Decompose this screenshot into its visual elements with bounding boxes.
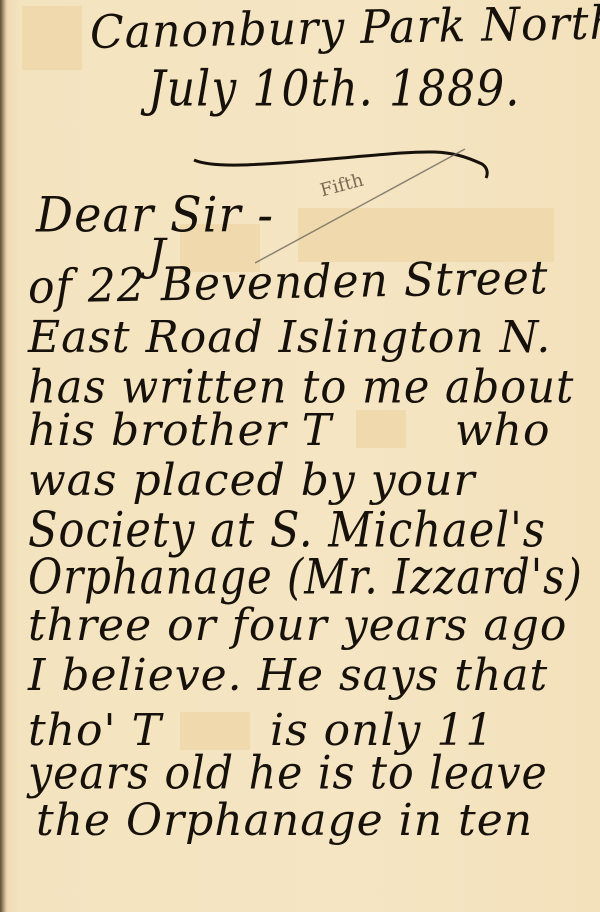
header-left-redaction: [22, 6, 82, 70]
body-line-1: of 22 Bevenden Street: [28, 251, 549, 314]
body-line-8: three or four years ago: [28, 600, 567, 651]
brother-name-redaction-1: [356, 410, 406, 448]
body-line-4: his brother T: [28, 405, 332, 456]
body-line-2: East Road Islington N.: [28, 312, 551, 363]
body-line-5: was placed by your: [28, 455, 476, 506]
body-line-4b: who: [455, 405, 551, 456]
letter-page: Canonbury Park North July 10th. 1889. Fi…: [0, 0, 600, 912]
pencil-strike-mark: [255, 145, 485, 265]
body-line-7: Orphanage (Mr. Izzard's): [28, 549, 583, 605]
brother-name-redaction-2: [180, 712, 250, 750]
letter-date: July 10th. 1889.: [148, 60, 520, 118]
paper-edge-shadow: [0, 0, 6, 912]
body-line-9: I believe. He says that: [28, 650, 548, 701]
sender-address: Canonbury Park North: [90, 0, 600, 59]
body-line-11: years old he is to leave: [28, 747, 548, 801]
body-line-12: the Orphanage in ten: [36, 795, 533, 846]
